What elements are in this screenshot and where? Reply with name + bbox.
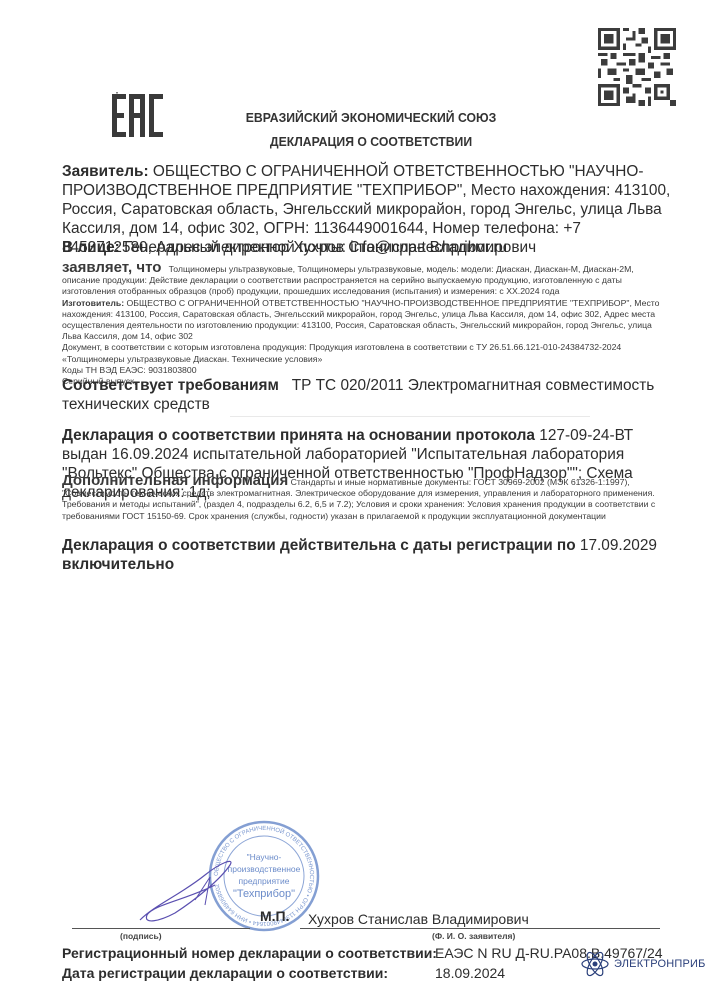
- manufacturer-text: ОБЩЕСТВО С ОГРАНИЧЕННОЙ ОТВЕТСТВЕННОСТЬЮ…: [62, 298, 660, 342]
- signature-line: [72, 928, 250, 929]
- applicant-label: Заявитель:: [62, 163, 149, 180]
- person-label: В лице:: [62, 239, 120, 256]
- additional-section: Дополнительная информация Стандарты и ин…: [62, 475, 672, 522]
- declares-section: заявляет, что Толщиномеры ультразвуковые…: [62, 262, 672, 387]
- scan-artifact: [230, 416, 590, 417]
- union-title: ЕВРАЗИЙСКИЙ ЭКОНОМИЧЕСКИЙ СОЮЗ: [39, 110, 703, 125]
- validity-section: Декларация о соответствии действительна …: [62, 536, 672, 574]
- watermark-text: ЭЛЕКТРОНПРИБОР: [614, 958, 706, 970]
- stamp-line-1: "Научно-: [247, 852, 282, 862]
- atom-icon: [580, 949, 610, 979]
- registration-date: 18.09.2024: [435, 965, 505, 981]
- manufacturer-label: Изготовитель:: [62, 298, 124, 308]
- validity-date: 17.09.2029: [580, 537, 657, 554]
- protocol-label: Декларация о соответствии принята на осн…: [62, 427, 535, 444]
- name-line: [300, 928, 660, 929]
- watermark-logo: ЭЛЕКТРОНПРИБОР: [580, 949, 706, 979]
- conforms-section: Соответствует требованиям ТР ТС 020/2011…: [62, 376, 672, 414]
- signer-name: Хухров Станислав Владимирович: [308, 910, 529, 929]
- person-section: В лице: Генеральный директор Хухров Стан…: [62, 238, 672, 257]
- conforms-label: Соответствует требованиям: [62, 377, 279, 394]
- document-title: ДЕКЛАРАЦИЯ О СООТВЕТСТВИИ: [39, 134, 703, 149]
- name-caption: (Ф. И. О. заявителя): [432, 931, 515, 941]
- registration-date-label: Дата регистрации декларации о соответств…: [62, 965, 388, 981]
- qr-code-icon: [598, 28, 676, 106]
- stamp-line-3: предприятие: [239, 876, 290, 886]
- additional-label: Дополнительная информация: [62, 472, 288, 489]
- hs-codes: Коды ТН ВЭД ЕАЭС: 9031803800: [62, 365, 197, 375]
- standard-document: Документ, в соответствии с которым изгот…: [62, 342, 621, 363]
- validity-suffix: включительно: [62, 556, 174, 573]
- signature-caption: (подпись): [120, 931, 162, 941]
- mp-label: М.П.: [260, 907, 290, 926]
- registration-number-label: Регистрационный номер декларации о соотв…: [62, 945, 437, 961]
- signature-scribble-icon: [135, 855, 245, 925]
- person-text: Генеральный директор Хухров Станислав Вл…: [124, 239, 536, 256]
- validity-label: Декларация о соответствии действительна …: [62, 537, 576, 554]
- declares-label: заявляет, что: [62, 259, 161, 276]
